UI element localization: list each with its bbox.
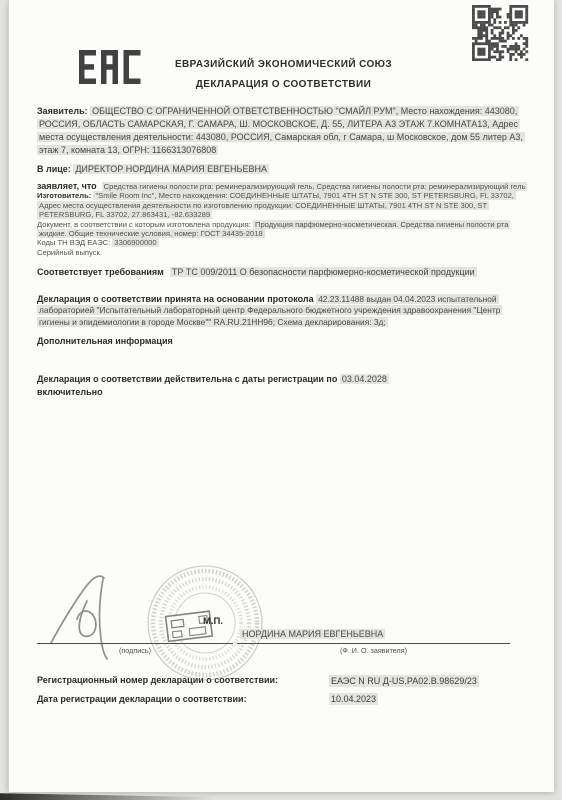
serial-line: Серийный выпуск.	[37, 248, 530, 257]
registration-section: Регистрационный номер декларации о соотв…	[37, 671, 530, 708]
serial-text: Серийный выпуск.	[37, 248, 102, 257]
validity-label: Декларация о соответствии действительна …	[37, 374, 337, 384]
document-header: ЕВРАЗИЙСКИЙ ЭКОНОМИЧЕСКИЙ СОЮЗ ДЕКЛАРАЦИ…	[37, 0, 530, 97]
validity-date: 03.04.2028	[340, 374, 389, 384]
applicant-label: Заявитель:	[37, 106, 88, 116]
signature-caption: (подпись)	[37, 646, 233, 655]
compliance-label: Соответствует требованиям	[37, 267, 164, 277]
registration-date-label: Дата регистрации декларации о соответств…	[37, 690, 329, 709]
in-person-value: ДИРЕКТОР НОРДИНА МАРИЯ ЕВГЕНЬЕВНА	[73, 164, 269, 174]
tnved-label: Коды ТН ВЭД ЕАЭС:	[37, 238, 110, 247]
stamp-place-label: М.П.	[203, 616, 223, 627]
declares-line: заявляет, чтоСредства гигиены полости рт…	[37, 182, 530, 191]
manufacturer-label: Изготовитель:	[37, 191, 91, 200]
signature-area: М.П. (подпись) НОРДИНА МАРИЯ ЕВГЕНЬЕВНА …	[37, 583, 530, 663]
applicant-value: ОБЩЕСТВО С ОГРАНИЧЕННОЙ ОТВЕТСТВЕННОСТЬЮ…	[37, 106, 525, 155]
name-line	[237, 643, 510, 644]
document-page: ЕВРАЗИЙСКИЙ ЭКОНОМИЧЕСКИЙ СОЮЗ ДЕКЛАРАЦИ…	[8, 0, 554, 792]
document-label: Документ, в соответствии с которым изгот…	[37, 220, 251, 229]
photo-bottom-shadow	[0, 791, 215, 800]
basis-label: Декларация о соответствии принята на осн…	[37, 294, 314, 304]
validity-suffix: включительно	[37, 387, 103, 397]
validity-section: Декларация о соответствии действительна …	[37, 373, 530, 399]
scanned-declaration-photo: ЕВРАЗИЙСКИЙ ЭКОНОМИЧЕСКИЙ СОЮЗ ДЕКЛАРАЦИ…	[0, 0, 562, 800]
registration-date-value: 10.04.2023	[329, 693, 378, 705]
applicant-section: Заявитель: ОБЩЕСТВО С ОГРАНИЧЕННОЙ ОТВЕТ…	[37, 105, 530, 157]
product-section: заявляет, чтоСредства гигиены полости рт…	[37, 182, 530, 257]
eac-logo-icon	[79, 50, 141, 90]
tnved-line: Коды ТН ВЭД ЕАЭС: 3306900000	[37, 238, 530, 247]
applicant-name: НОРДИНА МАРИЯ ЕВГЕНЬЕВНА	[240, 629, 385, 639]
tnved-value: 3306900000	[112, 238, 158, 247]
basis-section: Декларация о соответствии принята на осн…	[37, 294, 530, 329]
name-caption: (Ф. И. О. заявителя)	[237, 646, 510, 655]
registration-number-row: Регистрационный номер декларации о соотв…	[37, 671, 530, 690]
compliance-value: ТР ТС 009/2011 О безопасности парфюмерно…	[170, 267, 477, 277]
additional-info-label: Дополнительная информация	[37, 336, 173, 346]
document-basis-line: Документ, в соответствии с которым изгот…	[37, 220, 530, 239]
qr-code-icon	[471, 5, 529, 61]
additional-info-section: Дополнительная информация	[37, 335, 530, 348]
signature-line	[37, 643, 233, 644]
product-description: Средства гигиены полости рта: реминерали…	[102, 182, 528, 191]
declares-label: заявляет, что	[37, 181, 97, 191]
registration-date-row: Дата регистрации декларации о соответств…	[37, 690, 530, 709]
compliance-section: Соответствует требованиямТР ТС 009/2011 …	[37, 266, 530, 279]
registration-number-value: ЕАЭС N RU Д-US.РА02.В.98629/23	[329, 675, 479, 687]
in-person-label: В лице:	[37, 164, 71, 174]
manufacturer-line: Изготовитель: "Smile Room Inc", Место на…	[37, 191, 530, 219]
manufacturer-value: "Smile Room Inc", Место нахождения: СОЕД…	[37, 191, 516, 219]
in-person-section: В лице: ДИРЕКТОР НОРДИНА МАРИЯ ЕВГЕНЬЕВН…	[37, 163, 530, 176]
